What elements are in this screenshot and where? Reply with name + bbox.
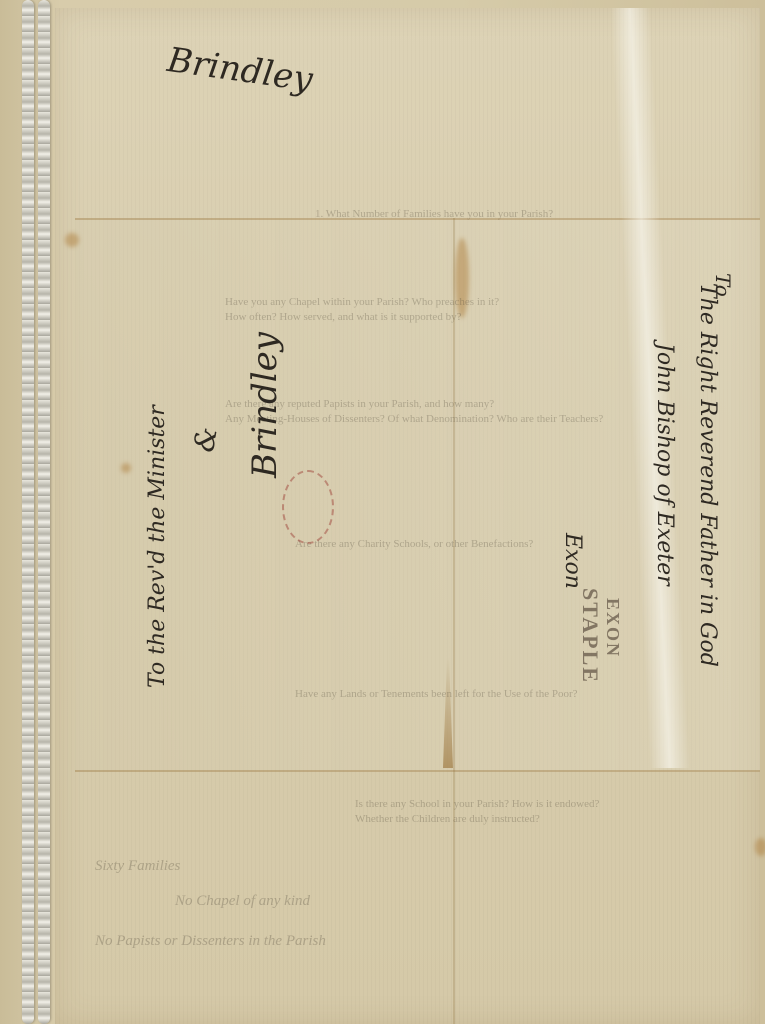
- vertical-fold-line: [453, 218, 455, 1024]
- signature-brindley: Brindley: [245, 332, 285, 478]
- water-stain: [65, 233, 79, 247]
- red-postmark: [282, 470, 334, 544]
- postal-stamp-staple: STAPLE: [577, 588, 603, 684]
- recipient-minister: To the Rev'd the Minister: [145, 405, 170, 688]
- postal-stamp-exon: EXON: [602, 598, 623, 658]
- handwritten-answer: No Chapel of any kind: [175, 893, 310, 910]
- printed-text: Whether the Children are duly instructed…: [355, 813, 540, 825]
- letter-sheet: 1. What Number of Families have you in y…: [55, 8, 760, 1024]
- printed-text: How often? How served, and what is it su…: [225, 311, 461, 323]
- binding-cord: [22, 0, 34, 1024]
- water-stain: [121, 463, 131, 473]
- handwritten-answer: Sixty Families: [95, 858, 180, 875]
- address-line-bishop-exeter: John Bishop of Exeter: [652, 343, 677, 586]
- printed-text: Have any Lands or Tenements been left fo…: [295, 688, 578, 700]
- printed-text: Is there any School in your Parish? How …: [355, 798, 599, 810]
- address-line-exon: Exon: [560, 533, 585, 589]
- water-stain: [755, 838, 765, 856]
- address-line-right-reverend: The Right Reverend Father in God: [695, 283, 720, 667]
- printed-text: 1. What Number of Families have you in y…: [315, 208, 553, 220]
- printed-text: Are there any Charity Schools, or other …: [295, 538, 533, 550]
- printed-text: Have you any Chapel within your Parish? …: [225, 296, 499, 308]
- handwritten-answer: No Papists or Dissenters in the Parish: [95, 933, 326, 950]
- binding-cord: [38, 0, 50, 1024]
